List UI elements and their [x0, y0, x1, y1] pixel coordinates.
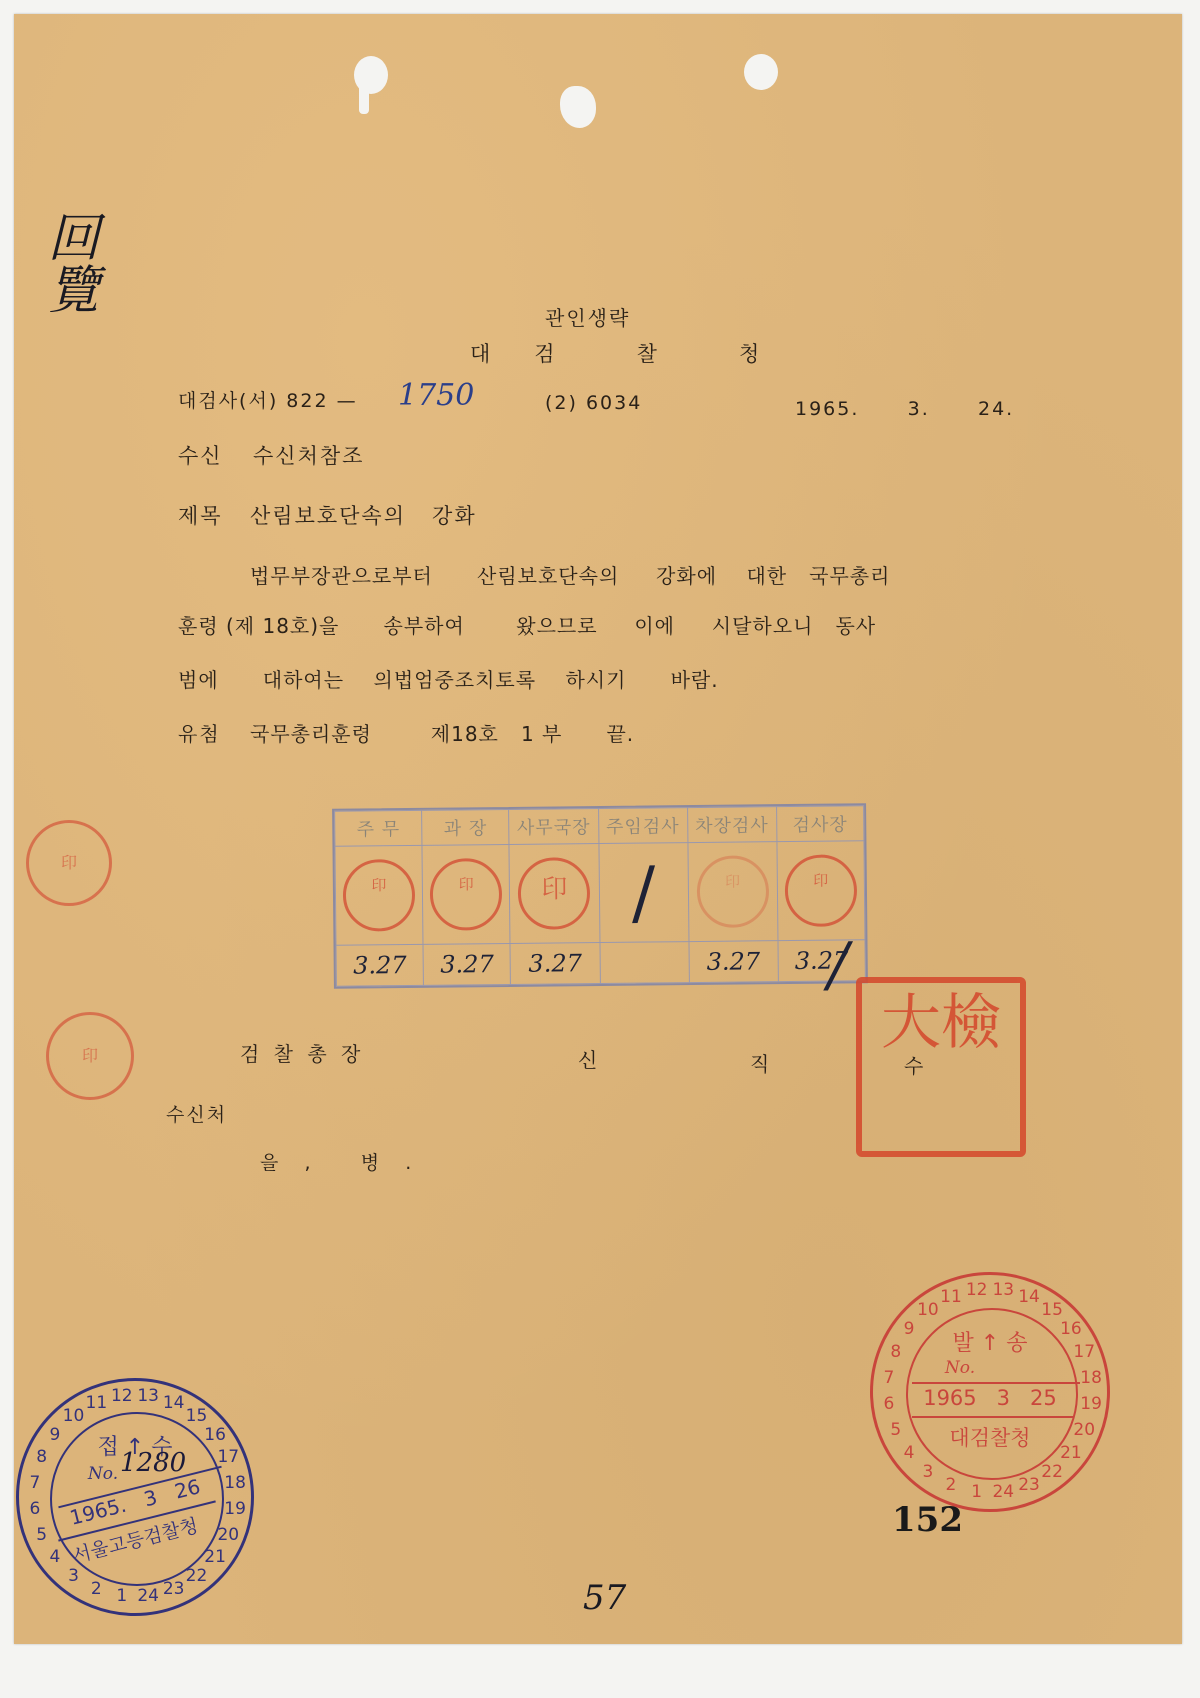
- approval-date: 3.27: [689, 941, 779, 983]
- sender-name-2: 직: [750, 1048, 771, 1077]
- hour-ring-number: 1: [966, 1482, 988, 1502]
- hour-ring-number: 15: [185, 1406, 207, 1426]
- official-seal: 大檢: [856, 977, 1026, 1157]
- approval-date: 3.27: [423, 943, 511, 985]
- hour-ring-number: 17: [1073, 1342, 1095, 1362]
- page-number: 152: [892, 1500, 963, 1540]
- pen-stroke: /: [828, 930, 848, 1000]
- left-seal: 印: [46, 1012, 134, 1100]
- hour-ring-number: 8: [885, 1342, 907, 1362]
- approval-seal: 印: [696, 855, 769, 928]
- approval-date: [600, 942, 690, 984]
- hour-ring-number: 14: [163, 1393, 185, 1413]
- hour-ring-number: 24: [992, 1482, 1014, 1502]
- hour-ring-number: 5: [31, 1525, 53, 1545]
- approval-date: 3.27: [336, 944, 424, 986]
- header-note: 관인생략: [545, 302, 630, 331]
- hour-ring-number: 11: [85, 1393, 107, 1413]
- approval-seal: 印: [518, 857, 591, 930]
- hour-ring-number: 4: [44, 1547, 66, 1567]
- recipients-value: 을 , 병 .: [260, 1148, 413, 1175]
- recipient-value: 수신처참조: [253, 440, 364, 470]
- hour-ring-number: 23: [163, 1579, 185, 1599]
- hour-ring-number: 18: [224, 1473, 246, 1493]
- sender-name-1: 신: [578, 1044, 599, 1073]
- hour-ring-number: 5: [885, 1420, 907, 1440]
- approval-header: 사무국장: [509, 809, 598, 845]
- hour-ring-number: 4: [898, 1443, 920, 1463]
- subject-value: 산림보호단속의 강화: [250, 500, 477, 530]
- hour-ring-number: 13: [137, 1386, 159, 1406]
- hour-ring-number: 6: [878, 1394, 900, 1414]
- dispatch-date: 1965 3 25: [870, 1386, 1110, 1410]
- approval-seal: 印: [343, 859, 416, 932]
- approval-date: 3.27: [778, 940, 866, 982]
- hour-ring-number: 8: [31, 1447, 53, 1467]
- approval-header: 차장검사: [687, 807, 776, 843]
- hour-ring-number: 9: [44, 1425, 66, 1445]
- recipient-label: 수신: [178, 440, 223, 470]
- body-line-1: 법무부장관으로부터 산림보호단속의 강화에 대한 국무총리: [250, 560, 890, 589]
- margin-note: 回覽: [40, 210, 96, 314]
- hour-ring-number: 2: [940, 1475, 962, 1495]
- hour-ring-number: 11: [940, 1287, 962, 1307]
- dispatch-no-label: No.: [810, 1358, 1110, 1378]
- approval-header: 검사장: [776, 806, 864, 842]
- hour-ring-number: 10: [917, 1300, 939, 1320]
- hour-ring-number: 20: [217, 1525, 239, 1545]
- approval-seal: 印: [784, 854, 857, 927]
- subject-label: 제목: [178, 500, 223, 530]
- doc-number-prefix: 대검사(서) 822 —: [178, 386, 358, 413]
- hour-ring-number: 19: [1080, 1394, 1102, 1414]
- approval-header: 주 무: [335, 810, 423, 846]
- punch-hole: [560, 86, 596, 128]
- approval-table: 주 무 과 장 사무국장 주임검사 차장검사 검사장 印 印 印 / 印 印 3…: [332, 803, 868, 989]
- hour-ring-number: 22: [1041, 1462, 1063, 1482]
- bottom-handwritten-number: 57: [583, 1578, 626, 1618]
- document-date: 1965. 3. 24.: [795, 398, 1014, 420]
- approval-slash-mark: /: [631, 851, 655, 933]
- sender-title: 검 찰 총 장: [240, 1038, 364, 1067]
- punch-hole: [359, 84, 369, 114]
- hour-ring-number: 19: [224, 1499, 246, 1519]
- approval-date: 3.27: [510, 943, 600, 985]
- issuer-name: 대 검 찰 청: [470, 338, 765, 368]
- sender-name-3: 수: [904, 1050, 925, 1079]
- dispatch-date-stamp: 발 ↑ 송 No. 1965 3 25 대검찰청 123456789101112…: [870, 1272, 1110, 1512]
- hour-ring-number: 1: [111, 1586, 133, 1606]
- hour-ring-number: 9: [898, 1319, 920, 1339]
- hour-ring-number: 7: [24, 1473, 46, 1493]
- receipt-no-value: 1280: [120, 1448, 186, 1478]
- hour-ring-number: 3: [917, 1462, 939, 1482]
- body-line-3: 범에 대하여는 의법엄중조치토록 하시기 바람.: [178, 664, 719, 693]
- approval-header: 과 장: [422, 809, 510, 845]
- hour-ring-number: 6: [24, 1499, 46, 1519]
- hour-ring-number: 18: [1080, 1368, 1102, 1388]
- hour-ring-number: 12: [966, 1280, 988, 1300]
- receipt-date-stamp: 접 ↑ 수 No. 1280 1965. 3 26 서울고등검찰청 123456…: [16, 1378, 254, 1616]
- hour-ring-number: 7: [878, 1368, 900, 1388]
- hour-ring-number: 2: [85, 1579, 107, 1599]
- hour-ring-number: 22: [185, 1566, 207, 1586]
- body-line-2: 훈령 (제 18호)을 송부하여 왔으므로 이에 시달하오니 동사: [178, 610, 876, 639]
- doc-number-handwritten: 1750: [398, 378, 474, 413]
- hour-ring-number: 24: [137, 1586, 159, 1606]
- left-seal: 印: [26, 820, 112, 906]
- approval-seal: 印: [430, 858, 503, 931]
- hour-ring-number: 20: [1073, 1420, 1095, 1440]
- hour-ring-number: 21: [204, 1547, 226, 1567]
- hour-ring-number: 16: [204, 1425, 226, 1445]
- hour-ring-number: 23: [1018, 1475, 1040, 1495]
- phone-number: (2) 6034: [545, 392, 642, 414]
- attachment-value: 국무총리훈령 제18호 1 부 끝.: [250, 718, 634, 747]
- hour-ring-number: 17: [217, 1447, 239, 1467]
- hour-ring-number: 15: [1041, 1300, 1063, 1320]
- approval-header: 주임검사: [598, 808, 687, 844]
- hour-ring-number: 21: [1060, 1443, 1082, 1463]
- recipients-label: 수신처: [166, 1100, 227, 1127]
- hour-ring-number: 13: [992, 1280, 1014, 1300]
- hour-ring-number: 14: [1018, 1287, 1040, 1307]
- attachment-label: 유첨: [178, 718, 221, 747]
- hour-ring-number: 12: [111, 1386, 133, 1406]
- hour-ring-number: 16: [1060, 1319, 1082, 1339]
- hour-ring-number: 10: [63, 1406, 85, 1426]
- punch-hole: [744, 54, 778, 90]
- hour-ring-number: 3: [63, 1566, 85, 1586]
